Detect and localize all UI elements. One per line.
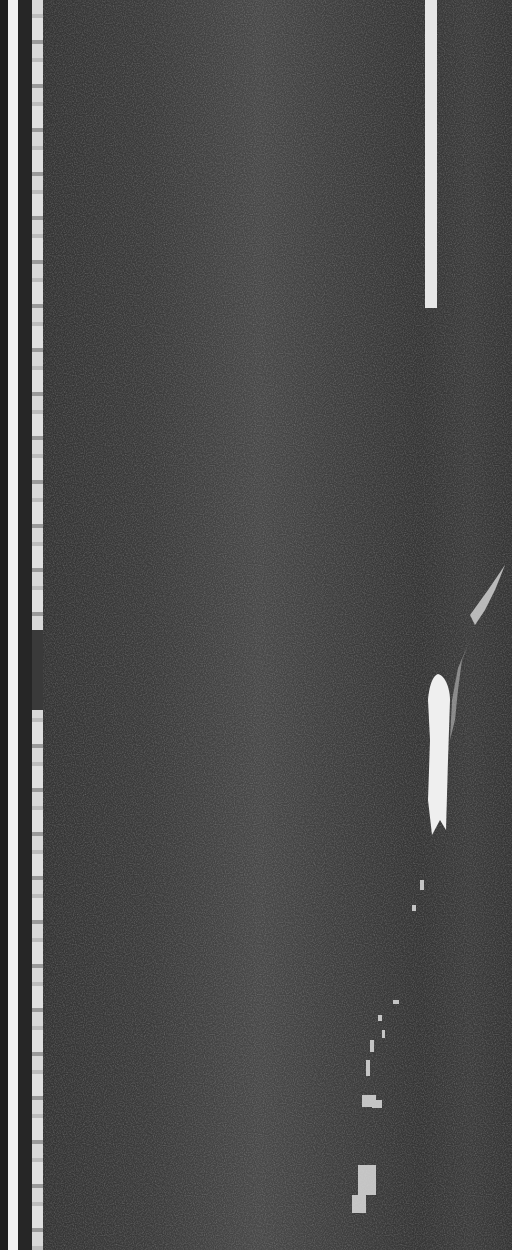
road-aerial-image [0, 0, 512, 1250]
